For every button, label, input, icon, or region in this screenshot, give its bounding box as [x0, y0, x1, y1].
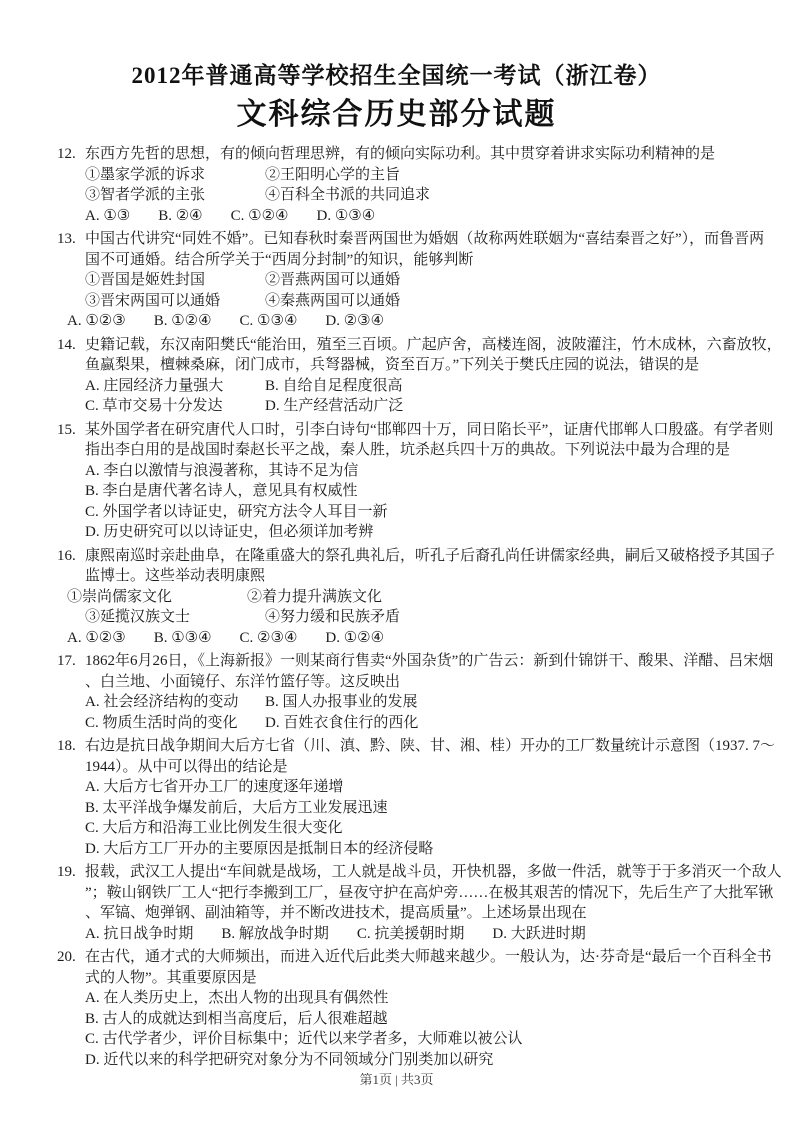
question-text: 式的人物”。其重要原因是 [85, 970, 257, 986]
question-choices-line: ③智者学派的主张④百科全书派的共同追求 [85, 185, 747, 206]
question-text: ①晋国是姬姓封国 [85, 270, 265, 291]
question-stem-line: 指出李白用的是战国时秦赵长平之战，秦人胜，坑杀赵兵四十万的典故。下列说法中最为合… [85, 440, 747, 461]
question-choices-line: C. 物质生活时尚的变化D. 百姓衣食住行的西化 [85, 713, 747, 734]
question-choices-line: A. ①②③B. ①③④C. ②③④D. ①②④ [67, 628, 747, 649]
question-text: 国不可通婚。结合所学关于“西周分封制”的知识，能够判断 [85, 252, 473, 268]
answer-choice: D. ②③④ [325, 311, 384, 332]
question-choices-line: C. 外国学者以诗证史，研究方法令人耳目一新 [85, 502, 747, 523]
question-choices-line: A. 李白以激情与浪漫著称，其诗不足为信 [85, 461, 747, 482]
question-stem-line: 20.在古代，通才式的大师频出，而进入近代后此类大师越来越少。一般认为，达·芬奇… [85, 947, 747, 968]
question-text: A. 社会经济结构的变动 [85, 692, 265, 713]
answer-choice: D. 近代以来的科学把研究对象分为不同领域分门别类加以研究 [85, 1052, 493, 1068]
question-number: 18. [57, 736, 83, 757]
question-text: 在古代，通才式的大师频出，而进入近代后此类大师越来越少。一般认为，达·芬奇是“最… [85, 949, 772, 965]
question-text: ②晋燕两国可以通婚 [265, 272, 400, 288]
question-text: 监博士。这些举动表明康熙 [85, 568, 265, 584]
answer-choice: A. 大后方七省开办工厂的速度逐年递增 [85, 779, 343, 795]
answer-choice: C. ①②④ [231, 206, 289, 227]
question-text: 、军镐、炮弹钢、副油箱等，并不断改进技术，提高质量”。上述场景出现在 [85, 905, 587, 921]
question-choices-line: A. 在人类历史上，杰出人物的出现具有偶然性 [85, 988, 747, 1009]
question-stem-line: 1944）。从中可以得出的结论是 [85, 757, 747, 778]
question-text: ③智者学派的主张 [85, 185, 265, 206]
answer-choice: B. ②④ [158, 206, 202, 227]
question-choices-line: A. 大后方七省开办工厂的速度逐年递增 [85, 777, 747, 798]
question-number: 13. [57, 229, 83, 250]
question-text: C. 草市交易十分发达 [85, 396, 265, 417]
question-text: B. 国人办报事业的发展 [265, 694, 418, 710]
question: 20.在古代，通才式的大师频出，而进入近代后此类大师越来越少。一般认为，达·芬奇… [57, 947, 747, 1070]
question-stem-line: 监博士。这些举动表明康熙 [85, 566, 747, 587]
question-text: ②王阳明心学的主旨 [265, 167, 400, 183]
question-choices-line: B. 太平洋战争爆发前后，大后方工业发展迅速 [85, 798, 747, 819]
question-number: 20. [57, 947, 83, 968]
question-text: 1862年6月26日，《上海新报》一则某商行售卖“外国杂货”的广告云：新到什锦饼… [85, 653, 773, 669]
answer-choice: A. 在人类历史上，杰出人物的出现具有偶然性 [85, 990, 388, 1006]
exam-title: 2012年普通高等学校招生全国统一考试（浙江卷） [0, 60, 793, 92]
answer-choice: C. 外国学者以诗证史，研究方法令人耳目一新 [85, 504, 388, 520]
question-choices-line: A. ①③B. ②④C. ①②④D. ①③④ [85, 206, 747, 227]
answer-choice: B. ①③④ [154, 628, 212, 649]
question-text: ③晋宋两国可以通婚 [85, 291, 265, 312]
question: 15.某外国学者在研究唐代人口时，引李白诗句“邯郸四十万，同日陷长平”，证唐代邯… [57, 420, 747, 543]
question-choices-line: A. 抗日战争时期B. 解放战争时期C. 抗美援朝时期D. 大跃进时期 [85, 924, 747, 945]
question-text: ④秦燕两国可以通婚 [265, 293, 400, 309]
answer-choice: A. ①②③ [67, 311, 126, 332]
exam-subtitle: 文科综合历史部分试题 [0, 94, 793, 136]
question-text: 报载，武汉工人提出“车间就是战场，工人就是战斗员，开快机器，多做一件活，就等于于… [85, 864, 782, 880]
question-choices-line: C. 大后方和沿海工业比例发生很大变化 [85, 818, 747, 839]
question-stem-line: 18.右边是抗日战争期间大后方七省（川、滇、黔、陕、甘、湘、桂）开办的工厂数量统… [85, 736, 747, 757]
question-choices-line: A. 庄园经济力量强大B. 自给自足程度很高 [85, 376, 747, 397]
question-choices-line: B. 古人的成就达到相当高度后，后人很难超越 [85, 1009, 747, 1030]
answer-choice: C. 古代学者少，评价目标集中；近代以来学者多，大师难以被公认 [85, 1031, 523, 1047]
question-choices-line: A. ①②③B. ①②④C. ①③④D. ②③④ [67, 311, 747, 332]
answer-choice: A. 李白以激情与浪漫著称，其诗不足为信 [85, 463, 358, 479]
answer-choice: D. 历史研究可以以诗证史，但必须详加考辨 [85, 524, 373, 540]
answer-choice: B. 太平洋战争爆发前后，大后方工业发展迅速 [85, 800, 388, 816]
question: 19.报载，武汉工人提出“车间就是战场，工人就是战斗员，开快机器，多做一件活，就… [57, 862, 747, 944]
question-choices-line: ①墨家学派的诉求②王阳明心学的主旨 [85, 165, 747, 186]
question-text: 中国古代讲究“同姓不婚”。已知春秋时秦晋两国世为婚姻（故称两姓联姻为“喜结秦晋之… [85, 231, 764, 247]
question-text: ④百科全书派的共同追求 [265, 187, 430, 203]
question-text: ③延揽汉族文士 [85, 607, 265, 628]
question: 13.中国古代讲究“同姓不婚”。已知春秋时秦晋两国世为婚姻（故称两姓联姻为“喜结… [57, 229, 747, 332]
question-text: B. 自给自足程度很高 [265, 378, 403, 394]
answer-choice: C. 抗美援朝时期 [357, 924, 465, 945]
question-text: C. 物质生活时尚的变化 [85, 713, 265, 734]
question: 18.右边是抗日战争期间大后方七省（川、滇、黔、陕、甘、湘、桂）开办的工厂数量统… [57, 736, 747, 859]
question-stem-line: 、白兰地、小面镜仔、东洋竹篮仔等。这反映出 [85, 672, 747, 693]
questions-list: 12.东西方先哲的思想，有的倾向哲理思辨，有的倾向实际功利。其中贯穿着讲求实际功… [57, 144, 747, 1070]
question-choices-line: A. 社会经济结构的变动B. 国人办报事业的发展 [85, 692, 747, 713]
question-text: 1944）。从中可以得出的结论是 [85, 759, 288, 775]
answer-choice: C. ②③④ [240, 628, 298, 649]
question-stem-line: 鱼蠃梨果，檀棘桑麻，闭门成市，兵弩器械，资至百万。”下列关于樊氏庄园的说法，错误… [85, 355, 747, 376]
question-stem-line: 16.康熙南巡时亲赴曲阜，在隆重盛大的祭孔典礼后，听孔子后裔孔尚任讲儒家经典，嗣… [85, 546, 747, 567]
answer-choice: D. ①②④ [325, 628, 384, 649]
question-text: ①崇尚儒家文化 [67, 587, 247, 608]
question: 16.康熙南巡时亲赴曲阜，在隆重盛大的祭孔典礼后，听孔子后裔孔尚任讲儒家经典，嗣… [57, 546, 747, 649]
question-choices-line: D. 历史研究可以以诗证史，但必须详加考辨 [85, 522, 747, 543]
question-text: 东西方先哲的思想，有的倾向哲理思辨，有的倾向实际功利。其中贯穿着讲求实际功利精神… [85, 146, 715, 162]
answer-choice: A. 抗日战争时期 [85, 924, 193, 945]
question-number: 17. [57, 651, 83, 672]
question-stem-line: ”；鞍山钢铁厂工人“把行李搬到工厂，昼夜守护在高炉旁……在极其艰苦的情况下，先后… [85, 883, 747, 904]
question-stem-line: 国不可通婚。结合所学关于“西周分封制”的知识，能够判断 [85, 250, 747, 271]
exam-page: 2012年普通高等学校招生全国统一考试（浙江卷） 文科综合历史部分试题 12.东… [0, 0, 793, 1122]
answer-choice: D. 大后方工厂开办的主要原因是抵制日本的经济侵略 [85, 841, 433, 857]
answer-choice: D. ①③④ [317, 206, 376, 227]
answer-choice: B. 解放战争时期 [221, 924, 329, 945]
question-choices-line: D. 近代以来的科学把研究对象分为不同领域分门别类加以研究 [85, 1050, 747, 1071]
question-text: ②着力提升满族文化 [247, 589, 382, 605]
answer-choice: A. ①③ [85, 206, 130, 227]
question-text: ①墨家学派的诉求 [85, 165, 265, 186]
question-choices-line: ①崇尚儒家文化②着力提升满族文化 [67, 587, 747, 608]
answer-choice: B. 古人的成就达到相当高度后，后人很难超越 [85, 1011, 388, 1027]
question-stem-line: 13.中国古代讲究“同姓不婚”。已知春秋时秦晋两国世为婚姻（故称两姓联姻为“喜结… [85, 229, 747, 250]
question: 14.史籍记载，东汉南阳樊氏“能治田，殖至三百顷。广起庐舍，高楼连阁，波陂灌注，… [57, 335, 747, 417]
question-number: 14. [57, 335, 83, 356]
question-number: 16. [57, 546, 83, 567]
question: 12.东西方先哲的思想，有的倾向哲理思辨，有的倾向实际功利。其中贯穿着讲求实际功… [57, 144, 747, 226]
question-stem-line: 15.某外国学者在研究唐代人口时，引李白诗句“邯郸四十万，同日陷长平”，证唐代邯… [85, 420, 747, 441]
question-choices-line: D. 大后方工厂开办的主要原因是抵制日本的经济侵略 [85, 839, 747, 860]
question-text: D. 生产经营活动广泛 [265, 398, 403, 414]
question-text: 康熙南巡时亲赴曲阜，在隆重盛大的祭孔典礼后，听孔子后裔孔尚任讲儒家经典，嗣后又破… [85, 548, 775, 564]
page-footer: 第1页 | 共3页 [0, 1069, 793, 1088]
question-text: A. 庄园经济力量强大 [85, 376, 265, 397]
question-stem-line: 12.东西方先哲的思想，有的倾向哲理思辨，有的倾向实际功利。其中贯穿着讲求实际功… [85, 144, 747, 165]
question-number: 15. [57, 420, 83, 441]
question-text: ④努力缓和民族矛盾 [265, 609, 400, 625]
question-choices-line: C. 古代学者少，评价目标集中；近代以来学者多，大师难以被公认 [85, 1029, 747, 1050]
question-stem-line: 、军镐、炮弹钢、副油箱等，并不断改进技术，提高质量”。上述场景出现在 [85, 903, 747, 924]
question-text: 指出李白用的是战国时秦赵长平之战，秦人胜，坑杀赵兵四十万的典故。下列说法中最为合… [85, 442, 730, 458]
question-number: 19. [57, 862, 83, 883]
question-stem-line: 17.1862年6月26日，《上海新报》一则某商行售卖“外国杂货”的广告云：新到… [85, 651, 747, 672]
question-text: 史籍记载，东汉南阳樊氏“能治田，殖至三百顷。广起庐舍，高楼连阁，波陂灌注，竹木成… [85, 337, 782, 353]
answer-choice: B. 李白是唐代著名诗人，意见具有权威性 [85, 483, 358, 499]
question-text: D. 百姓衣食住行的西化 [265, 715, 418, 731]
answer-choice: C. ①③④ [240, 311, 298, 332]
question: 17.1862年6月26日，《上海新报》一则某商行售卖“外国杂货”的广告云：新到… [57, 651, 747, 733]
question-stem-line: 式的人物”。其重要原因是 [85, 968, 747, 989]
page-header: 2012年普通高等学校招生全国统一考试（浙江卷） 文科综合历史部分试题 [0, 0, 793, 136]
answer-choice: D. 大跃进时期 [492, 924, 585, 945]
question-text: 某外国学者在研究唐代人口时，引李白诗句“邯郸四十万，同日陷长平”，证唐代邯郸人口… [85, 422, 773, 438]
question-text: 右边是抗日战争期间大后方七省（川、滇、黔、陕、甘、湘、桂）开办的工厂数量统计示意… [85, 738, 775, 754]
question-text: 、白兰地、小面镜仔、东洋竹篮仔等。这反映出 [85, 674, 400, 690]
question-text: ”；鞍山钢铁厂工人“把行李搬到工厂，昼夜守护在高炉旁……在极其艰苦的情况下，先后… [85, 885, 773, 901]
answer-choice: C. 大后方和沿海工业比例发生很大变化 [85, 820, 343, 836]
question-choices-line: ③晋宋两国可以通婚④秦燕两国可以通婚 [85, 291, 747, 312]
answer-choice: A. ①②③ [67, 628, 126, 649]
question-choices-line: ③延揽汉族文士④努力缓和民族矛盾 [85, 607, 747, 628]
question-choices-line: B. 李白是唐代著名诗人，意见具有权威性 [85, 481, 747, 502]
question-stem-line: 19.报载，武汉工人提出“车间就是战场，工人就是战斗员，开快机器，多做一件活，就… [85, 862, 747, 883]
question-number: 12. [57, 144, 83, 165]
answer-choice: B. ①②④ [154, 311, 212, 332]
question-choices-line: ①晋国是姬姓封国②晋燕两国可以通婚 [85, 270, 747, 291]
question-stem-line: 14.史籍记载，东汉南阳樊氏“能治田，殖至三百顷。广起庐舍，高楼连阁，波陂灌注，… [85, 335, 747, 356]
question-text: 鱼蠃梨果，檀棘桑麻，闭门成市，兵弩器械，资至百万。”下列关于樊氏庄园的说法，错误… [85, 357, 699, 373]
question-choices-line: C. 草市交易十分发达D. 生产经营活动广泛 [85, 396, 747, 417]
